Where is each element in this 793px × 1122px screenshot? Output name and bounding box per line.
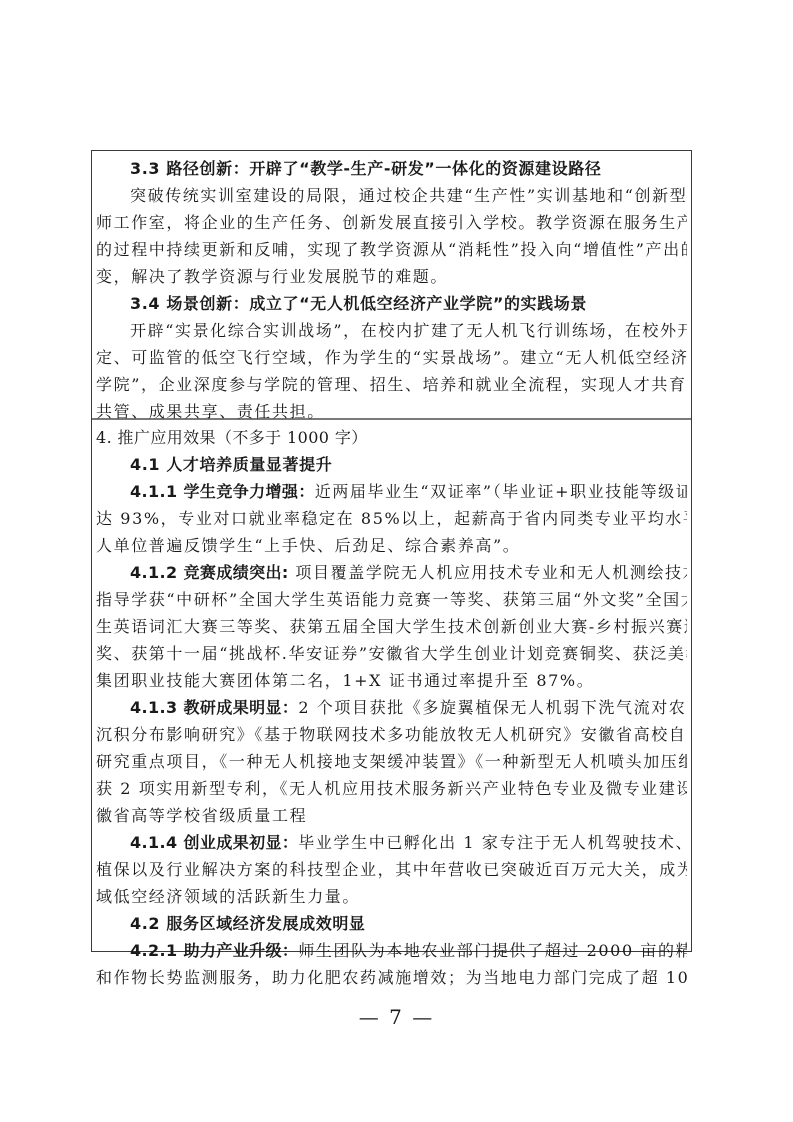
- section-3-4-line: 学院”，企业深度参与学院的管理、招生、培养和就业全流程，实现人才共育、过程: [96, 371, 687, 398]
- section-4-title: 4. 推广应用效果（不多于 1000 字）: [96, 424, 687, 451]
- item-4-1-1-lead: 4.1.1 学生竞争力增强：: [130, 482, 315, 501]
- item-4-1-1-line: 达 93%，专业对口就业率稳定在 85%以上，起薪高于省内同类专业平均水平 10…: [96, 505, 687, 532]
- section-4-1-heading: 4.1 人才培养质量显著提升: [96, 451, 687, 478]
- item-4-1-4-line: 植保以及行业解决方案的科技型企业，其中年营收已突破近百万元大关，成为宿州区: [96, 856, 687, 883]
- section-4-2-heading: 4.2 服务区域经济发展成效明显: [96, 910, 687, 937]
- section-3-3-heading: 3.3 路径创新：开辟了“教学-生产-研发”一体化的资源建设路径: [96, 155, 687, 182]
- item-4-1-3-line: 获 2 项实用新型专利，《无人机应用技术服务新兴产业特色专业及微专业建设》获安: [96, 775, 687, 802]
- item-4-1-3-line: 沉积分布影响研究》《基于物联网技术多功能放牧无人机研究》安徽省高校自然科学: [96, 721, 687, 748]
- item-4-2-1-line: 和作物长势监测服务，助力化肥农药减施增效；为当地电力部门完成了超 100 公里输: [96, 964, 687, 991]
- item-4-1-2-line: 奖、获第十一届“挑战杯.华安证券”安徽省大学生创业计划竞赛铜奖、获泛美教育: [96, 640, 687, 667]
- item-4-2-1-text: 师生团队为本地农业部门提供了超过 2000 亩的精准植保: [298, 941, 687, 960]
- item-4-1-1-first-line: 4.1.1 学生竞争力增强：近两届毕业生“双证率”（毕业证+职业技能等级证）: [96, 478, 687, 505]
- item-4-1-3-line: 研究重点项目，《一种无人机接地支架缓冲装置》《一种新型无人机喷头加压组件》: [96, 748, 687, 775]
- item-4-1-2-line: 生英语词汇大赛三等奖、获第五届全国大学生技术创新创业大赛-乡村振兴赛道三等: [96, 613, 687, 640]
- section-3-3-line: 变，解决了教学资源与行业发展脱节的难题。: [96, 263, 687, 290]
- section-3-4-heading: 3.4 场景创新：成立了“无人机低空经济产业学院”的实践场景: [96, 290, 687, 317]
- section-3-4-line: 定、可监管的低空飞行空域，作为学生的“实景战场”。建立“无人机低空经济产业: [96, 344, 687, 371]
- item-4-1-3-lead: 4.1.3 教研成果明显：: [130, 698, 298, 717]
- item-4-1-2-lead: 4.1.2 竞赛成绩突出:: [130, 563, 289, 582]
- section-3-3-line: 的过程中持续更新和反哺，实现了教学资源从“消耗性”投入向“增值性”产出的转: [96, 236, 687, 263]
- item-4-1-4-text: 毕业学生中已孵化出 1 家专注于无人机驾驶技术、无人机: [298, 833, 687, 852]
- item-4-1-1-text: 近两届毕业生“双证率”（毕业证+职业技能等级证）: [315, 482, 687, 501]
- item-4-1-3-text: 2 个项目获批《多旋翼植保无人机弱下洗气流对农药雾滴: [298, 698, 687, 717]
- section-3-3-line: 师工作室，将企业的生产任务、创新发展直接引入学校。教学资源在服务生产和创新: [96, 209, 687, 236]
- section-3-3-line: 突破传统实训室建设的局限，通过校企共建“生产性”实训基地和“创新型”教: [96, 182, 687, 209]
- item-4-1-4-lead: 4.1.4 创业成果初显：: [130, 833, 298, 852]
- application-effect-cell: 4. 推广应用效果（不多于 1000 字） 4.1 人才培养质量显著提升 4.1…: [92, 420, 691, 951]
- section-3-4-line: 开辟“实景化综合实训战场”，在校内扩建了无人机飞行训练场，在校外开辟固: [96, 317, 687, 344]
- innovation-cell: 3.3 路径创新：开辟了“教学-生产-研发”一体化的资源建设路径 突破传统实训室…: [92, 151, 691, 420]
- item-4-1-4-first-line: 4.1.4 创业成果初显：毕业学生中已孵化出 1 家专注于无人机驾驶技术、无人机: [96, 829, 687, 856]
- page-number: — 7 —: [0, 1005, 793, 1029]
- item-4-1-4-line: 域低空经济领域的活跃新生力量。: [96, 883, 687, 910]
- item-4-2-1-first-line: 4.2.1 助力产业升级：师生团队为本地农业部门提供了超过 2000 亩的精准植…: [96, 937, 687, 964]
- item-4-1-3-line: 徽省高等学校省级质量工程: [96, 802, 687, 829]
- item-4-1-2-first-line: 4.1.2 竞赛成绩突出: 项目覆盖学院无人机应用技术专业和无人机测绘技术专业，: [96, 559, 687, 586]
- item-4-2-1-lead: 4.2.1 助力产业升级：: [130, 941, 298, 960]
- item-4-1-2-line: 指导学获“中研杯”全国大学生英语能力竞赛一等奖、获第三届“外文奖”全国大学: [96, 586, 687, 613]
- item-4-1-1-line: 人单位普遍反馈学生“上手快、后劲足、综合素养高”。: [96, 532, 687, 559]
- item-4-1-2-text: 项目覆盖学院无人机应用技术专业和无人机测绘技术专业，: [289, 563, 687, 582]
- item-4-1-3-first-line: 4.1.3 教研成果明显：2 个项目获批《多旋翼植保无人机弱下洗气流对农药雾滴: [96, 694, 687, 721]
- item-4-1-2-line: 集团职业技能大赛团体第二名，1+X 证书通过率提升至 87%。: [96, 667, 687, 694]
- content-table: 3.3 路径创新：开辟了“教学-生产-研发”一体化的资源建设路径 突破传统实训室…: [91, 150, 692, 952]
